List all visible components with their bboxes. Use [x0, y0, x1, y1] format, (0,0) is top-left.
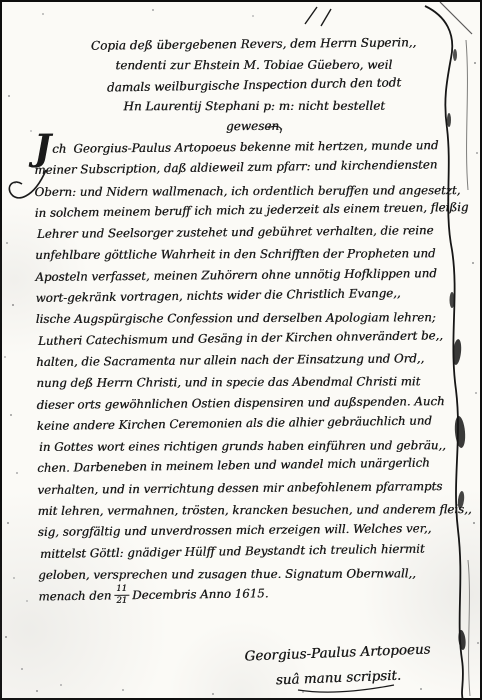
date-line-prefix: menach den: [38, 589, 111, 604]
heading-line: damals weilburgische Inspection durch de…: [84, 72, 424, 98]
body-line: mit lehren, vermahnen, trösten, krancken…: [38, 499, 470, 522]
date-line-suffix: Decembris Anno 1615.: [132, 587, 269, 603]
body-line-text: Georgius-Paulus Artopoeus bekenne mit he…: [73, 138, 438, 156]
body-line: meiner Subscription, daß aldieweil zum p…: [34, 154, 466, 181]
body-line: nung deß Herrn Christi, und in specie da…: [36, 371, 468, 394]
heading-line: Hn Laurentij Stephani p: m: nicht bestel…: [84, 95, 424, 116]
document-page: Copia deß übergebenen Revers, dem Herrn …: [0, 0, 482, 700]
document-body: JchGeorgius-Paulus Artopoeus bekenne mit…: [34, 135, 470, 608]
drop-cap-initial: J: [34, 139, 51, 157]
date-fraction: 1121: [114, 585, 129, 605]
signature-block: Georgius-Paulus Artopoeus suâ manu scrip…: [209, 636, 467, 696]
body-line: Lehrer und Seelsorger zustehet und gebüh…: [35, 220, 467, 245]
paper-noise: [0, 0, 2, 2]
heading-line: gewesen.: [84, 114, 424, 138]
body-line: wort-gekränk vortragen, nichts wider die…: [35, 282, 467, 309]
date-line: menach den1121Decembris Anno 1615.: [38, 580, 470, 608]
heading-line: Copia deß übergebenen Revers, dem Herrn …: [83, 32, 423, 56]
body-line: verhalten, und in verrichtung dessen mir…: [37, 476, 469, 501]
drop-cap-rest: ch: [52, 142, 66, 156]
date-fraction-numerator: 11: [114, 585, 129, 596]
body-line: unfehlbare göttliche Wahrheit in den Sch…: [35, 244, 467, 267]
date-fraction-denominator: 21: [114, 595, 129, 605]
document-heading: Copia deß übergebenen Revers, dem Herrn …: [83, 32, 424, 138]
body-line: halten, die Sacramenta nur allein nach d…: [36, 348, 468, 373]
